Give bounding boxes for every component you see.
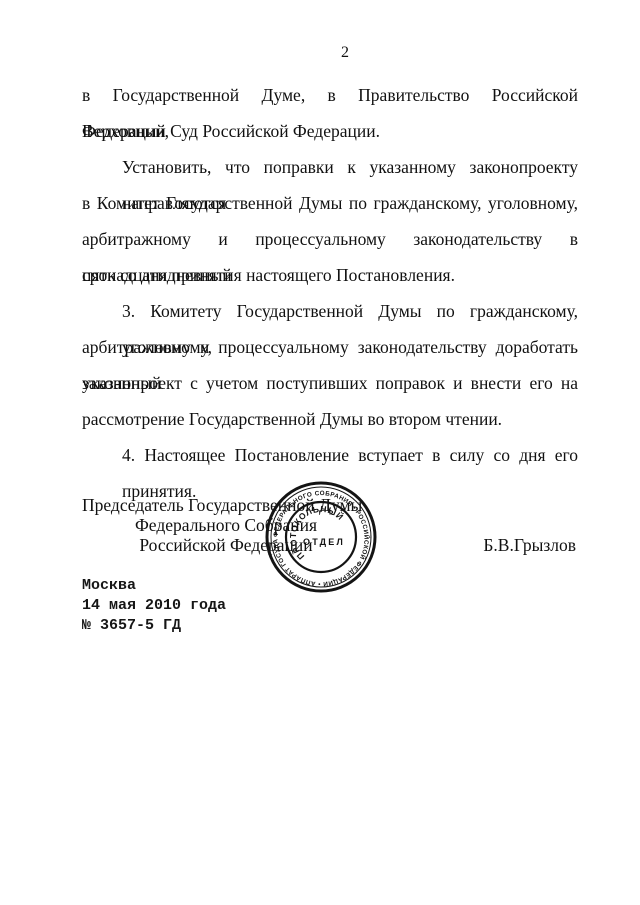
stamp-center-arc-text: ПРОТОКОЛЬНЫЙ: [274, 489, 347, 562]
document-page: 2 в Государственной Думе, в Правительств…: [0, 0, 640, 905]
body-line: законопроект с учетом поступивших поправ…: [82, 365, 578, 401]
body-line: в Комитет Государственной Думы по гражда…: [82, 185, 578, 221]
footer-date: 14 мая 2010 года: [82, 596, 226, 616]
body-line: Верховный Суд Российской Федерации.: [82, 113, 578, 149]
page-number: 2: [82, 44, 578, 62]
body-line: 4. Настоящее Постановление вступает в си…: [82, 437, 578, 473]
body-line: 3. Комитету Государственной Думы по граж…: [82, 293, 578, 329]
document-footer: Москва 14 мая 2010 года № 3657-5 ГД: [82, 576, 226, 636]
footer-city: Москва: [82, 576, 226, 596]
body-line: в Государственной Думе, в Правительство …: [82, 77, 578, 113]
body-line: Установить, что поправки к указанному за…: [82, 149, 578, 185]
body-text: в Государственной Думе, в Правительство …: [82, 77, 578, 473]
body-line: срок со дня принятия настоящего Постанов…: [82, 257, 578, 293]
signatory-name: Б.В.Грызлов: [483, 535, 576, 555]
body-line: рассмотрение Государственной Думы во вто…: [82, 401, 578, 437]
official-round-stamp-icon: ФЕДЕРАЛЬНОГО СОБРАНИЯ • РОССИЙСКОЙ ФЕДЕР…: [263, 479, 379, 595]
footer-number: № 3657-5 ГД: [82, 616, 226, 636]
body-line: арбитражному и процессуальному законодат…: [82, 221, 578, 257]
body-line: арбитражному и процессуальному законодат…: [82, 329, 578, 365]
stamp-center-text: ОТДЕЛ: [303, 537, 345, 547]
